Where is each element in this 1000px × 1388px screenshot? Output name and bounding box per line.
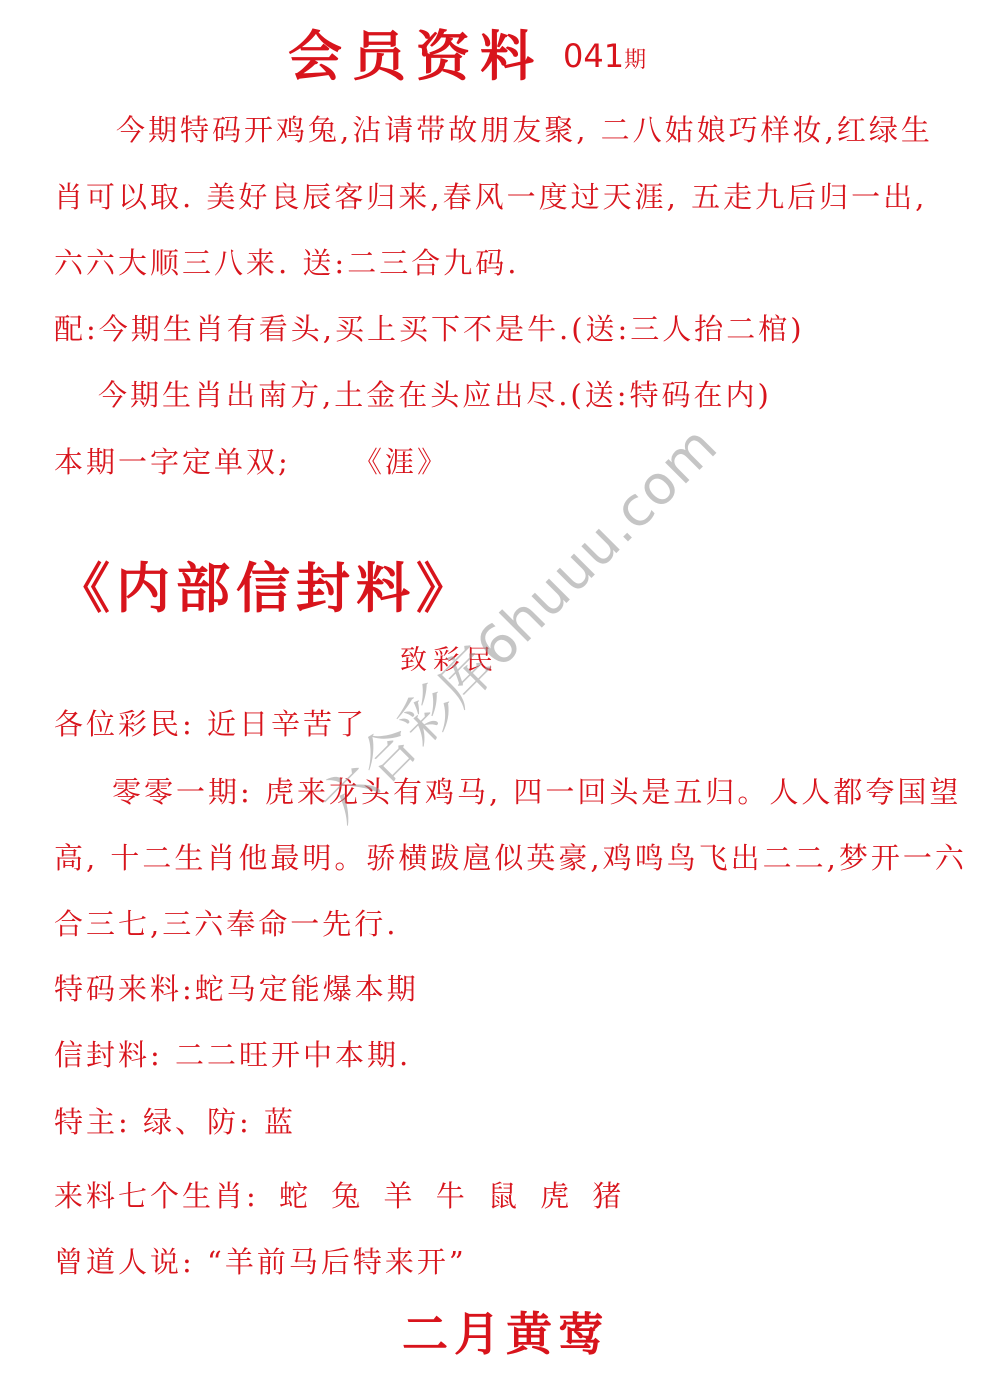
- poem-line-3: 合三七,三六奉命一先行.: [54, 902, 398, 943]
- main-colors-line: 特主: 绿、防: 蓝: [54, 1100, 296, 1141]
- section-title-envelope: 《内部信封料》: [56, 546, 476, 623]
- greeting-line: 各位彩民: 近日辛苦了: [54, 702, 367, 743]
- page-title: 会员资料: [288, 14, 544, 91]
- zodiac-item: 猪: [592, 1179, 624, 1213]
- issue-label: 041期: [563, 37, 646, 75]
- section-subtitle: 致彩民: [400, 638, 499, 677]
- envelope-material-line: 信封料: 二二旺开中本期.: [54, 1033, 411, 1074]
- issue-unit: 期: [624, 48, 646, 73]
- seven-zodiacs-label: 来料七个生肖:: [54, 1179, 259, 1213]
- pairing-line-2: 今期生肖出南方,土金在头应出尽.(送:特码在内): [98, 373, 772, 414]
- taoist-saying-line: 曾道人说: “羊前马后特来开”: [54, 1240, 467, 1281]
- title-text: 会员资料: [288, 24, 544, 88]
- footer-title: 二月黄莺: [402, 1298, 610, 1364]
- poem-line-1: 零零一期: 虎来龙头有鸡马, 四一回头是五归。人人都夸国望: [112, 770, 961, 811]
- odd-even-label: 本期一字定单双;: [54, 445, 291, 479]
- zodiac-item: 虎: [540, 1179, 572, 1213]
- odd-even-value: 《涯》: [353, 445, 449, 479]
- pairing-line-1: 配:今期生肖有看头,买上买下不是牛.(送:三人抬二棺): [54, 307, 805, 348]
- verse-line-2: 肖可以取. 美好良辰客归来,春风一度过天涯, 五走九后归一出,: [54, 175, 927, 216]
- odd-even-line: 本期一字定单双; 《涯》: [54, 440, 449, 481]
- seven-zodiacs-line: 来料七个生肖: 蛇 兔 羊 牛 鼠 虎 猪: [54, 1174, 624, 1215]
- issue-number: 041: [563, 37, 624, 75]
- verse-line-3: 六六大顺三八来. 送:二三合九码.: [54, 241, 519, 282]
- zodiac-item: 兔: [331, 1179, 363, 1213]
- special-code-line: 特码来料:蛇马定能爆本期: [54, 967, 419, 1008]
- zodiac-item: 牛: [436, 1179, 468, 1213]
- zodiac-item: 羊: [383, 1179, 415, 1213]
- poem-line-2: 高, 十二生肖他最明。骄横跋扈似英豪,鸡鸣鸟飞出二二,梦开一六: [54, 836, 967, 877]
- zodiac-item: 鼠: [488, 1179, 520, 1213]
- verse-line-1: 今期特码开鸡兔,沾请带故朋友聚, 二八姑娘巧样妆,红绿生: [116, 108, 933, 149]
- zodiac-item: 蛇: [279, 1179, 311, 1213]
